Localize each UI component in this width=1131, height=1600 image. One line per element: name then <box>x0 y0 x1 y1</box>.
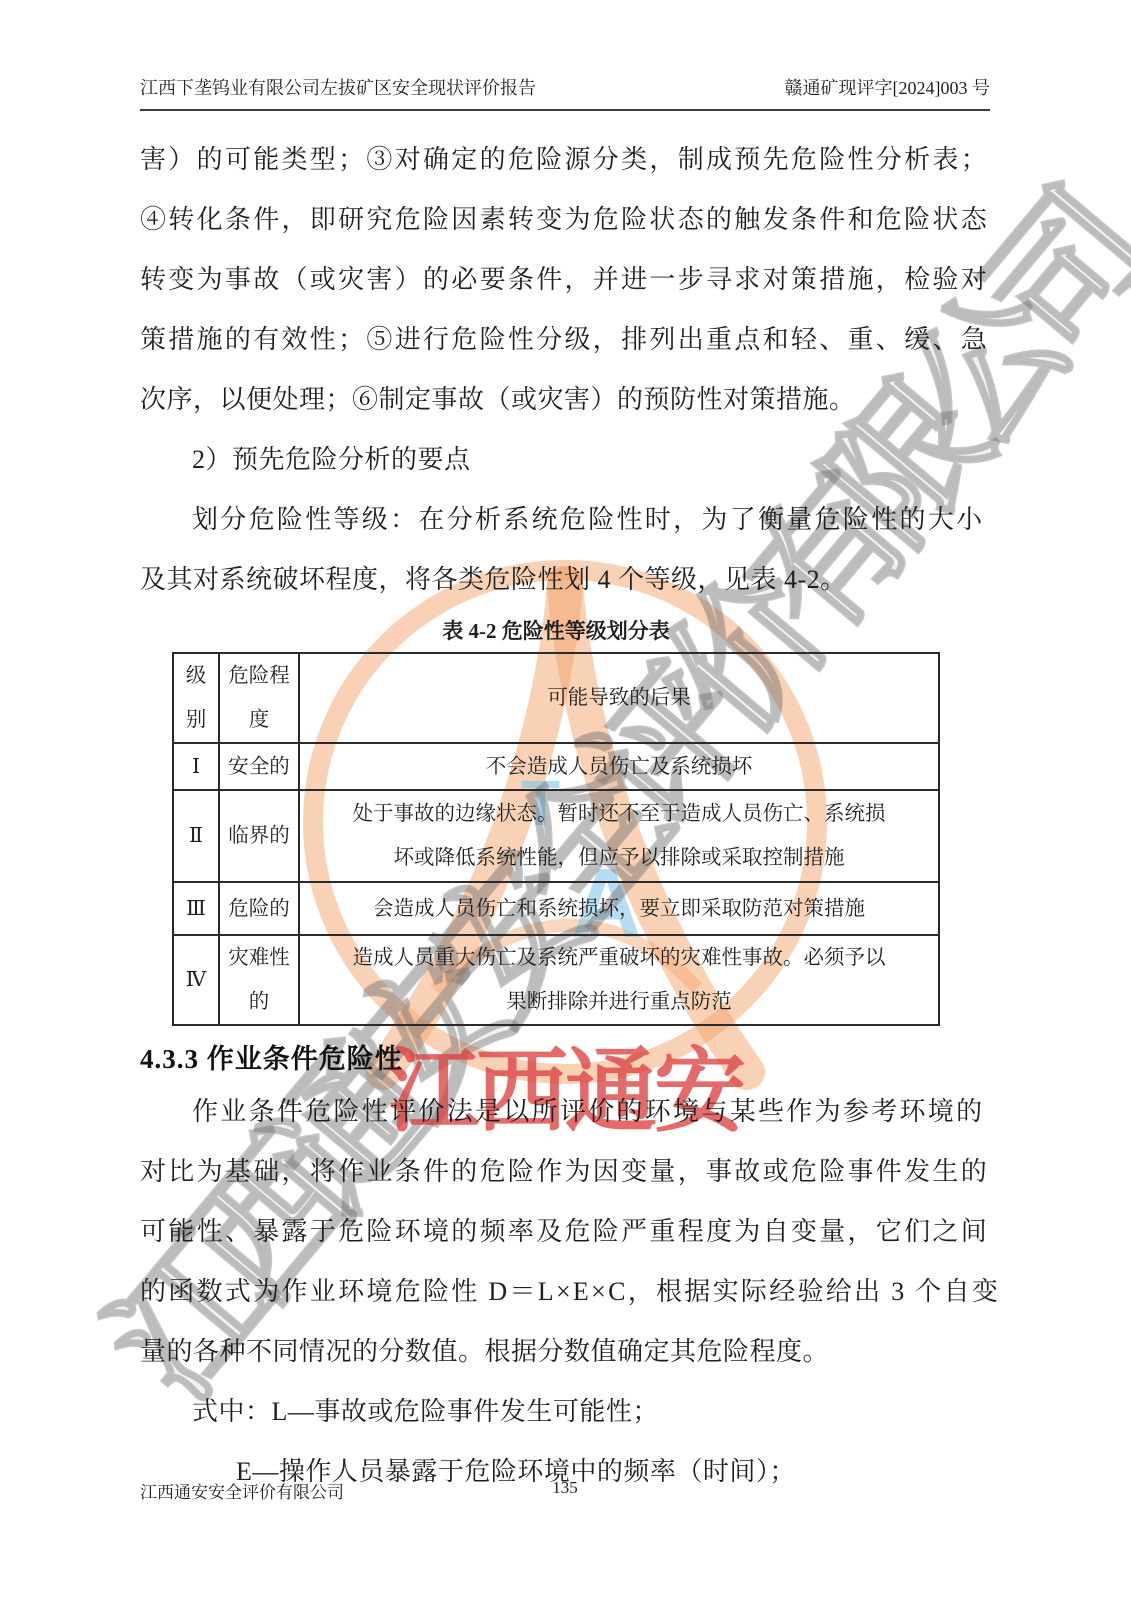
col-header-degree: 危险程度 <box>219 653 299 743</box>
body-line: 作业条件危险性评价法是以所评价的环境与某些作为参考环境的 <box>140 1082 990 1142</box>
table-row: Ⅰ 安全的 不会造成人员伤亡及系统损坏 <box>173 743 939 790</box>
cell-degree: 危险的 <box>219 882 299 935</box>
body-line: 量的各种不同情况的分数值。根据分数值确定其危险程度。 <box>140 1322 990 1382</box>
document-page: T A 江西通安安全评价有限公司 江西通安 江西下垄钨业有限公司左拔矿区安全现状… <box>0 0 1131 1600</box>
page-footer: 江西通安安全评价有限公司 135 <box>140 1478 990 1502</box>
section-heading: 4.3.3 作业条件危险性 <box>140 1036 990 1082</box>
cell-consequence: 造成人员重大伤亡及系统严重破坏的灾难性事故。必须予以 果断排除并进行重点防范 <box>299 935 939 1025</box>
body-line: 害）的可能类型；③对确定的危险源分类，制成预先危险性分析表； <box>140 130 990 190</box>
formula-line: 式中：L—事故或危险事件发生可能性； <box>140 1382 990 1442</box>
col-header-consequence: 可能导致的后果 <box>299 653 939 743</box>
body-line: 对比为基础，将作业条件的危险作为因变量，事故或危险事件发生的 <box>140 1142 990 1202</box>
page-content: 江西下垄钨业有限公司左拔矿区安全现状评价报告 赣通矿现评字[2024]003 号… <box>0 0 1131 1600</box>
table-caption: 表 4-2 危险性等级划分表 <box>172 610 940 652</box>
body-line: 可能性、暴露于危险环境的频率及危险严重程度为自变量，它们之间 <box>140 1202 990 1262</box>
body-line: 次序，以便处理；⑥制定事故（或灾害）的预防性对策措施。 <box>140 370 990 430</box>
table-header-row: 级别 危险程度 可能导致的后果 <box>173 653 939 743</box>
cell-consequence: 会造成人员伤亡和系统损坏，要立即采取防范对策措施 <box>299 882 939 935</box>
col-header-level: 级别 <box>173 653 219 743</box>
hazard-grade-table: 级别 危险程度 可能导致的后果 Ⅰ 安全的 不会造成人员伤亡及系统损坏 Ⅱ 临界… <box>172 652 940 1026</box>
body-line: 的函数式为作业环境危险性 D＝L×E×C，根据实际经验给出 3 个自变 <box>140 1262 990 1322</box>
body-line: 划分危险性等级：在分析系统危险性时，为了衡量危险性的大小 <box>140 490 990 550</box>
header-doc-number: 赣通矿现评字[2024]003 号 <box>785 74 991 100</box>
cell-level: Ⅲ <box>173 882 219 935</box>
body-line: 及其对系统破坏程度，将各类危险性划 4 个等级，见表 4-2。 <box>140 550 990 610</box>
table-row: Ⅲ 危险的 会造成人员伤亡和系统损坏，要立即采取防范对策措施 <box>173 882 939 935</box>
cell-degree: 灾难性的 <box>219 935 299 1025</box>
body-line: ④转化条件，即研究危险因素转变为危险状态的触发条件和危险状态 <box>140 190 990 250</box>
table-row: Ⅱ 临界的 处于事故的边缘状态。暂时还不至于造成人员伤亡、系统损 坏或降低系统性… <box>173 790 939 882</box>
list-subheading: 2）预先危险分析的要点 <box>140 430 990 490</box>
cell-degree: 安全的 <box>219 743 299 790</box>
document-body: 害）的可能类型；③对确定的危险源分类，制成预先危险性分析表； ④转化条件，即研究… <box>140 130 990 1502</box>
table-row: Ⅳ 灾难性的 造成人员重大伤亡及系统严重破坏的灾难性事故。必须予以 果断排除并进… <box>173 935 939 1025</box>
cell-level: Ⅳ <box>173 935 219 1025</box>
header-report-title: 江西下垄钨业有限公司左拔矿区安全现状评价报告 <box>140 74 536 100</box>
cell-degree: 临界的 <box>219 790 299 882</box>
footer-company-name: 江西通安安全评价有限公司 <box>140 1478 344 1503</box>
cell-consequence: 不会造成人员伤亡及系统损坏 <box>299 743 939 790</box>
cell-level: Ⅰ <box>173 743 219 790</box>
body-line: 策措施的有效性；⑤进行危险性分级，排列出重点和轻、重、缓、急 <box>140 310 990 370</box>
cell-level: Ⅱ <box>173 790 219 882</box>
body-line: 转变为事故（或灾害）的必要条件，并进一步寻求对策措施，检验对 <box>140 250 990 310</box>
page-header: 江西下垄钨业有限公司左拔矿区安全现状评价报告 赣通矿现评字[2024]003 号 <box>140 74 990 111</box>
page-number: 135 <box>552 1478 578 1498</box>
cell-consequence: 处于事故的边缘状态。暂时还不至于造成人员伤亡、系统损 坏或降低系统性能，但应予以… <box>299 790 939 882</box>
